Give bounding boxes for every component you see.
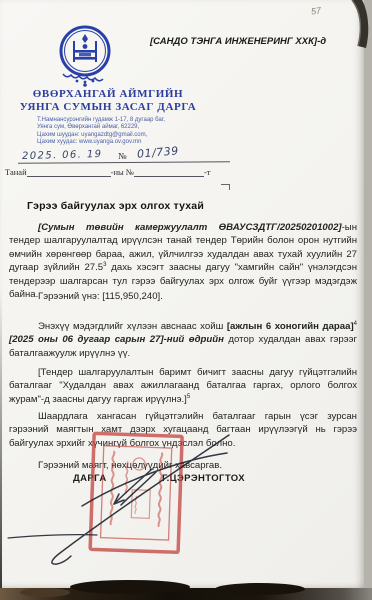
tender-name-bold: [Сумын төвийн камержуулалт ӨВАУСЗДТГ/202… — [38, 222, 342, 233]
form-corner-mark — [221, 184, 230, 190]
paragraph-text: Энэхүү мэдэгдлийг хүлээн авснаас хойш — [38, 321, 227, 332]
government-emblem-icon — [50, 23, 120, 87]
scan-edge-artifact — [20, 588, 70, 597]
scan-edge-artifact — [70, 580, 190, 594]
number-sign: № — [118, 151, 127, 161]
reply-blank-2 — [134, 168, 204, 177]
reply-reference-line: Танай-ны №-т — [5, 167, 211, 177]
subject-line: Гэрээ байгуулах эрх олгох тухай — [27, 200, 204, 212]
paragraph-text: [Тендер шалгаруулалтын баримт бичигт заа… — [9, 367, 357, 405]
reply-suffix: -т — [204, 167, 211, 177]
deadline-bold: [ажлын 6 хоногийн дараа] — [227, 321, 354, 332]
body-paragraph-4: [Тендер шалгаруулалтын баримт бичигт заа… — [9, 366, 357, 406]
address-line: Уянга сум, Өвөрхангай аймаг, 62229, — [37, 124, 197, 131]
org-name-line2: УЯНГА СУМЫН ЗАСАГ ДАРГА — [16, 101, 200, 113]
letter-sheet: 57 [САНДО ТЭНГА ИНЖЕНЕРИНГ ХХК]-д — [0, 0, 364, 589]
signature-ink — [0, 420, 364, 589]
handwritten-outgoing-number: 01/739 — [137, 144, 180, 161]
body-paragraph-3: Энэхүү мэдэгдлийг хүлээн авснаас хойш [а… — [9, 320, 357, 360]
recipient-line: [САНДО ТЭНГА ИНЖЕНЕРИНГ ХХК]-д — [150, 36, 326, 47]
address-line: Цахим шуудан: uyangazdtg@gmail.com, — [37, 132, 197, 139]
page-curl-artifact — [344, 0, 370, 50]
scan-edge-artifact — [215, 583, 305, 595]
handwritten-date: 2025. 06. 19 — [22, 149, 103, 162]
contract-price-line: Гэрээний үнэ: [115,950,240]. — [9, 290, 357, 303]
reply-mid: -ны № — [111, 167, 134, 177]
date-underline — [18, 161, 230, 163]
org-name-line1: ӨВӨРХАНГАЙ АЙМГИЙН — [22, 88, 194, 100]
reply-prefix: Танай — [5, 167, 27, 177]
letterhead-contact-block: Т.Намнансурэнгийн гудамж 1-17, 8 дугаар … — [37, 117, 197, 147]
scan-left-edge-shadow — [0, 290, 2, 592]
footnote-ref: 4 — [354, 321, 357, 327]
reply-blank-1 — [27, 168, 111, 177]
deadline-date-bold: [2025 оны 06 дугаар сарын 27]-ний өдрийн — [9, 334, 224, 345]
handwritten-page-number: 57 — [310, 5, 321, 16]
footnote-ref: 5 — [187, 394, 190, 400]
